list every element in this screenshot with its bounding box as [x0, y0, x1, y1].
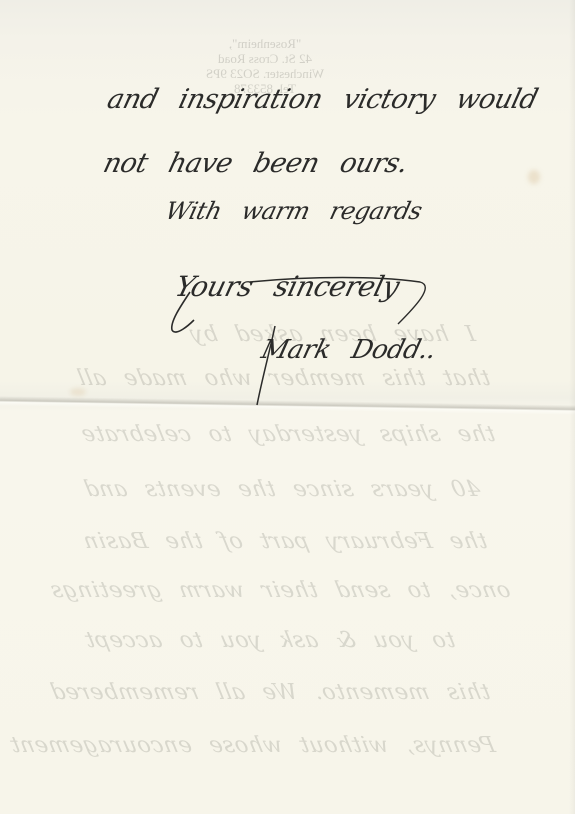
bleed-line: once, to send their warm greetings	[48, 578, 513, 603]
paper-stain	[70, 388, 86, 396]
letter-page: "Rosenheim", 42 St. Cross Road Wincheste…	[0, 0, 575, 814]
letter-closing: With warm regards	[163, 197, 425, 225]
bleed-line: the ships yesterday to celebrate	[79, 422, 498, 447]
letter-body-line-1: and inspiration victory would	[104, 84, 541, 115]
letterhead-city-postcode: Winchester. SO23 9PS	[190, 66, 340, 81]
bleed-line: the February part of the Basin	[81, 529, 490, 554]
letterhead-street: 42 St. Cross Road	[190, 51, 340, 66]
letterhead-house-name: "Rosenheim",	[190, 36, 340, 51]
bleed-line: Pennys, without whose encouragement	[8, 733, 498, 758]
bleed-line: this memento. We all remembered	[48, 680, 493, 705]
paper-stain	[528, 170, 540, 184]
letter-body-line-2: not have been ours.	[100, 148, 411, 179]
bleed-line: 40 years since the events and	[81, 477, 482, 502]
bleed-line: to you & ask you to accept	[82, 628, 457, 653]
signature-descender-icon	[235, 320, 295, 410]
